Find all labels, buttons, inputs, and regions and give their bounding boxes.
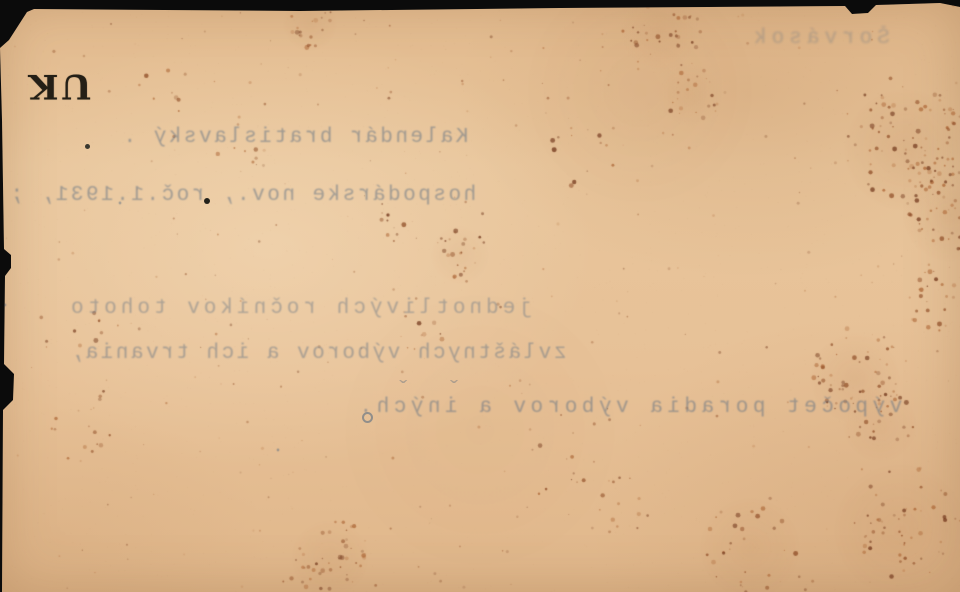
caron-marks: ˇ ˇ — [396, 378, 461, 405]
ink-ring — [362, 412, 373, 423]
bleedthrough-corner-note: Šorvások — [749, 27, 890, 50]
library-stamp: UK — [26, 66, 91, 106]
scanner-background: UK Šorvások Kalendár bratislavský . hosp… — [0, 0, 960, 592]
bleedthrough-line: Kalendár bratislavský . — [121, 126, 468, 149]
ink-dot — [204, 198, 210, 204]
paper-texture-speckles — [0, 0, 960, 592]
index-card: UK Šorvások Kalendár bratislavský . hosp… — [0, 0, 960, 592]
ink-dot — [85, 144, 90, 149]
bleedthrough-line: hospodárske nov., roč.1.1931, ; — [8, 184, 476, 207]
bleedthrough-line: zvláštnych výborov a ich trvania, — [68, 342, 566, 365]
bleedthrough-line: jednotlivých ročníkov tohoto — [67, 297, 532, 320]
